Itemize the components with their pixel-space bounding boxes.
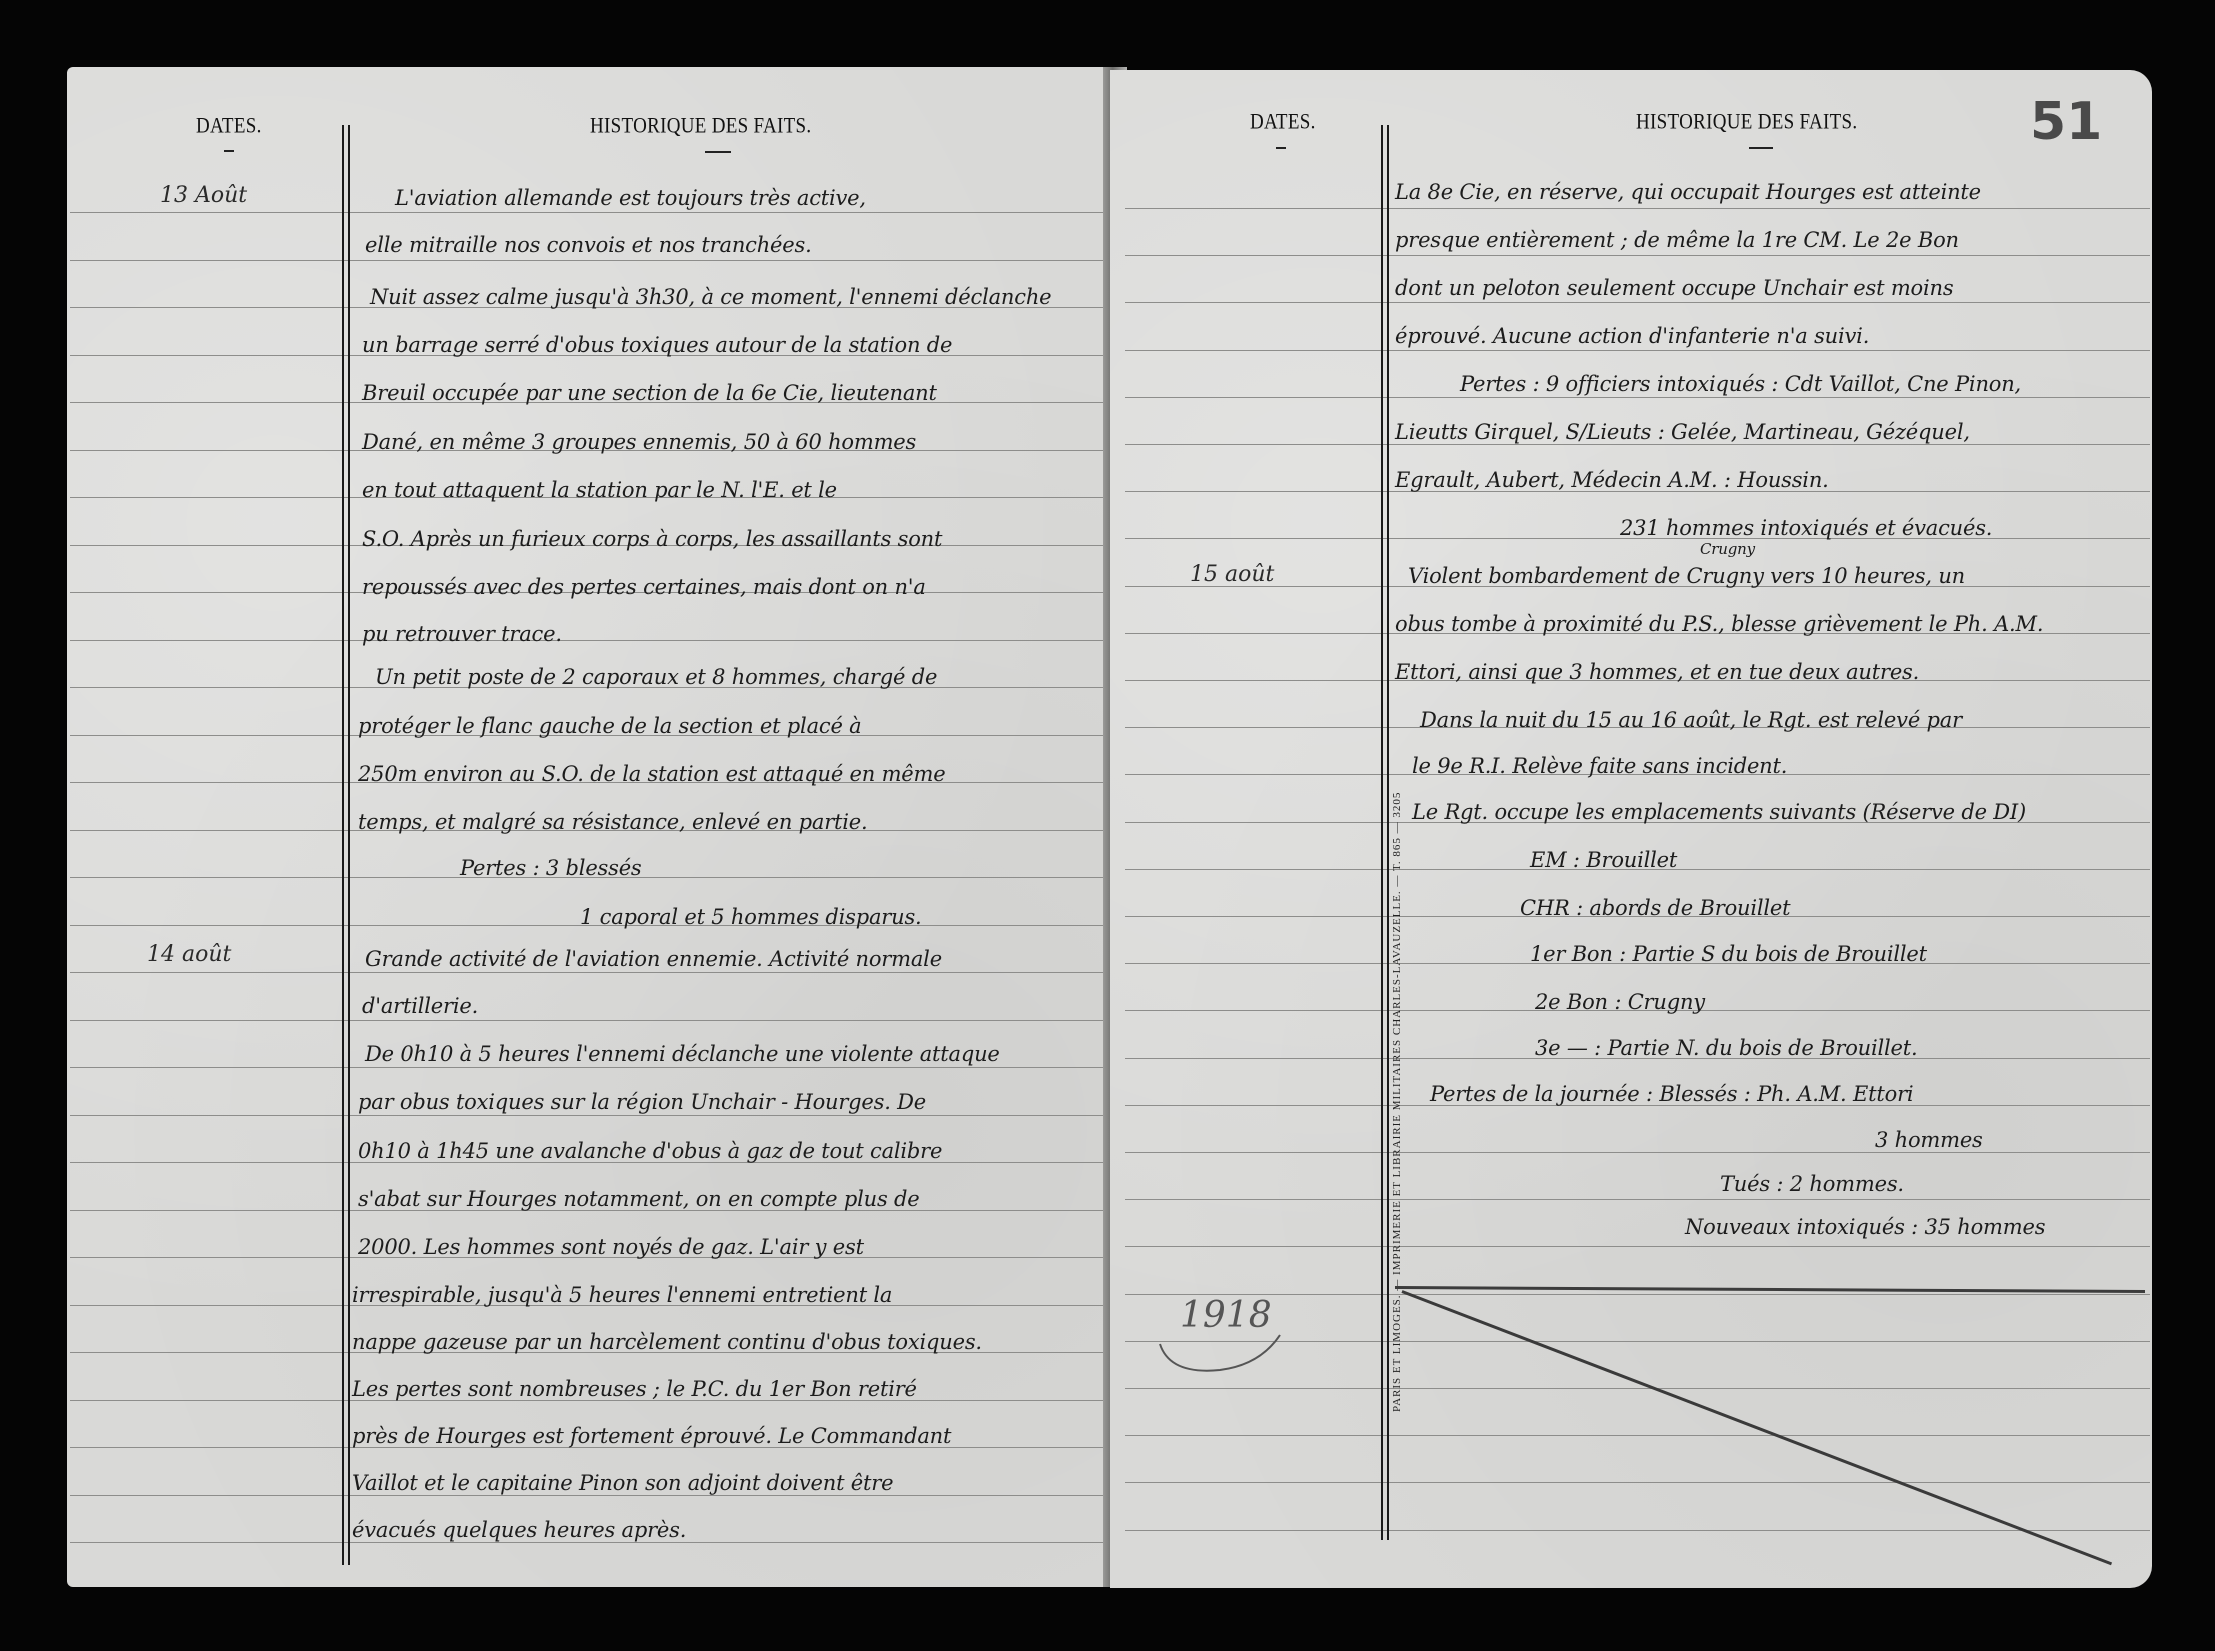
right-facts-header: HISTORIQUE DES FAITS. [1636,110,1857,135]
flourish-icon [1150,1330,1290,1390]
left-column-divider-inner [348,125,350,1565]
text-line: près de Hourges est fortement éprouvé. L… [352,1424,951,1448]
text-line: protéger le flanc gauche de la section e… [358,714,861,738]
text-line: Tués : 2 hommes. [1720,1172,1904,1196]
insertion-note: Crugny [1700,540,1755,558]
text-line: Pertes : 3 blessés [460,856,642,880]
text-line: irrespirable, jusqu'à 5 heures l'ennemi … [352,1283,892,1307]
text-line: Nuit assez calme jusqu'à 3h30, à ce mome… [370,285,1051,309]
text-line: 3e — : Partie N. du bois de Brouillet. [1535,1036,1917,1060]
right-column-divider-inner [1387,125,1389,1540]
text-line: EM : Brouillet [1530,848,1677,872]
ruled-line [1125,397,2150,398]
ruled-line [1125,255,2150,256]
ruled-line [1125,1152,2150,1153]
text-line: évacués quelques heures après. [352,1518,686,1542]
text-line: 2e Bon : Crugny [1535,990,1705,1014]
right-facts-dash [1749,147,1773,149]
text-line: Le Rgt. occupe les emplacements suivants… [1412,800,2026,824]
text-line: repoussés avec des pertes certaines, mai… [362,575,926,599]
text-line: Pertes : 9 officiers intoxiqués : Cdt Va… [1460,372,2021,396]
text-line: 0h10 à 1h45 une avalanche d'obus à gaz d… [358,1139,942,1163]
text-line: Dané, en même 3 groupes ennemis, 50 à 60… [362,430,916,454]
text-line: Nouveaux intoxiqués : 35 hommes [1685,1215,2045,1239]
text-line: dont un peloton seulement occupe Unchair… [1395,276,1953,300]
ruled-line [1125,1435,2150,1436]
text-line: 250m environ au S.O. de la station est a… [358,762,945,786]
text-line: L'aviation allemande est toujours très a… [395,186,866,210]
ruled-line [1125,302,2150,303]
text-line: Ettori, ainsi que 3 hommes, et en tue de… [1395,660,1919,684]
ruled-line [1125,1482,2150,1483]
left-facts-dash [705,151,731,153]
text-line: un barrage serré d'obus toxiques autour … [362,333,952,357]
printer-imprint: PARIS ET LIMOGES. — IMPRIMERIE ET LIBRAI… [1391,792,1403,1412]
left-facts-header: HISTORIQUE DES FAITS. [590,114,811,139]
text-line: Lieutts Girquel, S/Lieuts : Gelée, Marti… [1395,420,1970,444]
entry-date: 14 août [147,942,231,967]
ruled-line [70,1115,1103,1116]
text-line: Les pertes sont nombreuses ; le P.C. du … [352,1377,917,1401]
text-line: elle mitraille nos convois et nos tranch… [365,233,812,257]
ruled-line [70,1067,1103,1068]
ruled-line [1125,1246,2150,1247]
ruled-line [1125,1530,2150,1531]
ruled-line [70,972,1103,973]
left-column-divider [342,125,344,1565]
text-line: s'abat sur Hourges notamment, on en comp… [358,1187,919,1211]
right-dates-dash [1276,147,1286,149]
left-dates-dash [224,150,234,152]
text-line: en tout attaquent la station par le N. l… [362,478,837,502]
text-line: Vaillot et le capitaine Pinon son adjoin… [352,1471,893,1495]
ruled-line [1125,350,2150,351]
right-dates-header: DATES. [1250,110,1316,135]
ruled-line [70,212,1103,213]
text-line: 231 hommes intoxiqués et évacués. [1620,516,1992,540]
text-line: Breuil occupée par une section de la 6e … [362,381,937,405]
ruled-line [1125,444,2150,445]
page-number: 51 [2030,92,2102,152]
text-line: 3 hommes [1875,1128,1983,1152]
text-line: S.O. Après un furieux corps à corps, les… [362,527,942,551]
text-line: Un petit poste de 2 caporaux et 8 hommes… [375,665,937,689]
left-dates-header: DATES. [196,114,262,139]
ruled-line [70,260,1103,261]
text-line: Egrault, Aubert, Médecin A.M. : Houssin. [1395,468,1829,492]
text-line: par obus toxiques sur la région Unchair … [358,1090,926,1114]
ruled-line [1125,1294,2150,1295]
entry-date: 13 Août [160,183,247,208]
ruled-line [70,1020,1103,1021]
text-line: le 9e R.I. Relève faite sans incident. [1412,754,1787,778]
text-line: éprouvé. Aucune action d'infanterie n'a … [1395,324,1869,348]
text-line: Pertes de la journée : Blessés : Ph. A.M… [1430,1082,1913,1106]
text-line: Grande activité de l'aviation ennemie. A… [365,947,942,971]
text-line: CHR : abords de Brouillet [1520,896,1790,920]
text-line: Dans la nuit du 15 au 16 août, le Rgt. e… [1420,708,1962,732]
text-line: pu retrouver trace. [362,622,562,646]
ruled-line [70,1542,1103,1543]
ruled-line [1125,208,2150,209]
text-line: d'artillerie. [362,994,478,1018]
text-line: temps, et malgré sa résistance, enlevé e… [358,810,868,834]
ruled-line [70,1495,1103,1496]
text-line: presque entièrement ; de même la 1re CM.… [1395,228,1959,252]
text-line: obus tombe à proximité du P.S., blesse g… [1395,612,2043,636]
right-column-divider [1381,125,1383,1540]
text-line: 1 caporal et 5 hommes disparus. [580,905,922,929]
text-line: La 8e Cie, en réserve, qui occupait Hour… [1395,180,1981,204]
text-line: 1er Bon : Partie S du bois de Brouillet [1530,942,1927,966]
text-line: Violent bombardement de Crugny vers 10 h… [1408,564,1965,588]
entry-date: 15 août [1190,562,1274,587]
text-line: De 0h10 à 5 heures l'ennemi déclanche un… [365,1042,1000,1066]
text-line: nappe gazeuse par un harcèlement continu… [352,1330,982,1354]
text-line: 2000. Les hommes sont noyés de gaz. L'ai… [358,1235,864,1259]
ruled-line [70,640,1103,641]
ruled-line [1125,1199,2150,1200]
